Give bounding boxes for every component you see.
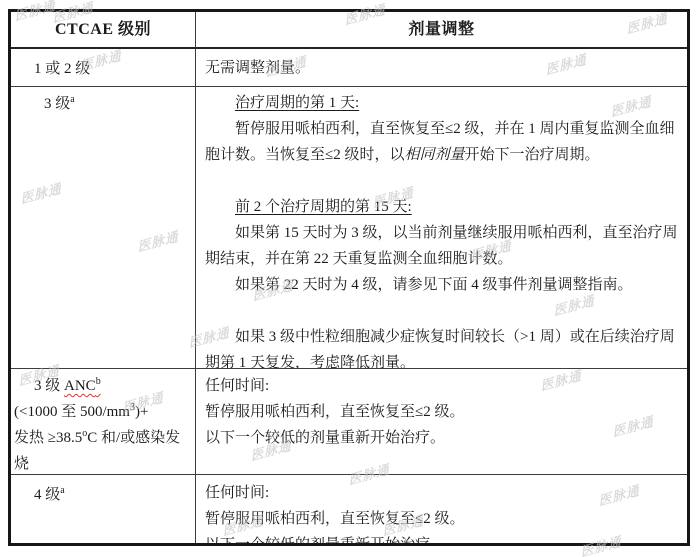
grade-3-anc-line2: (<1000 至 500/mm3)+ [14, 399, 191, 425]
dose-1-2-cell: 无需调整剂量。 [196, 49, 687, 87]
grade-4-label: 4 级a [14, 482, 65, 508]
footnote-b-marker: b [96, 376, 101, 387]
grade-1-2-label: 1 或 2 级 [14, 56, 90, 82]
dose-4-cell: 任何时间: 暂停服用哌柏西利，直至恢复至≤2 级。 以下一个较低的剂量重新开始治… [196, 475, 687, 543]
footnote-a-marker: a [70, 94, 74, 105]
prolonged-recovery-paragraph: 如果 3 级中性粒细胞减少症恢复时间较长（>1 周）或在后续治疗周期第 1 天复… [205, 324, 681, 369]
same-dose-italic: 相同剂量 [404, 147, 464, 163]
day15-paragraph-1: 如果第 15 天时为 3 级，以当前剂量继续服用哌柏西利，直至治疗周期结束，并在… [205, 220, 681, 272]
day15-paragraph-2: 如果第 22 天时为 4 级，请参见下面 4 级事件剂量调整指南。 [205, 272, 681, 298]
grade-3-cell: 3 级a [11, 87, 196, 369]
dose-3-cell: 治疗周期的第 1 天: 暂停服用哌柏西利，直至恢复至≤2 级，并在 1 周内重复… [196, 87, 687, 369]
anc-misspell-underline: ANCb [64, 378, 101, 394]
grade-3-anc-cell: 3 级 ANCb (<1000 至 500/mm3)+ 发热 ≥38.5oC 和… [11, 369, 196, 475]
grade-3-anc-line1: 3 级 ANCb [14, 373, 101, 399]
header-dose-adjustment-label: 剂量调整 [408, 17, 474, 43]
withhold-line: 暂停服用哌柏西利，直至恢复至≤2 级。 [205, 399, 681, 425]
anytime-heading: 任何时间: [205, 480, 681, 506]
spacer [205, 168, 681, 194]
spacer [205, 298, 681, 324]
day1-paragraph: 暂停服用哌柏西利，直至恢复至≤2 级，并在 1 周内重复监测全血细胞计数。当恢复… [205, 116, 681, 168]
dose-1-2-text: 无需调整剂量。 [205, 55, 310, 81]
day15-heading: 前 2 个治疗周期的第 15 天: [205, 194, 681, 220]
header-ctcae-grade: CTCAE 级别 [11, 12, 196, 49]
header-dose-adjustment: 剂量调整 [196, 12, 687, 49]
anytime-heading: 任何时间: [205, 373, 681, 399]
withhold-line: 暂停服用哌柏西利，直至恢复至≤2 级。 [205, 506, 681, 532]
footnote-a-marker: a [60, 485, 64, 496]
grade-1-2-cell: 1 或 2 级 [11, 49, 196, 87]
resume-lower-dose-line: 以下一个较低的剂量重新开始治疗。 [205, 532, 681, 543]
day1-heading: 治疗周期的第 1 天: [205, 90, 681, 116]
dose-3-anc-cell: 任何时间: 暂停服用哌柏西利，直至恢复至≤2 级。 以下一个较低的剂量重新开始治… [196, 369, 687, 475]
grade-4-cell: 4 级a [11, 475, 196, 543]
dose-adjustment-table: CTCAE 级别 剂量调整 1 或 2 级 无需调整剂量。 3 级a 治疗周期的… [8, 9, 690, 546]
grade-3-label: 3 级a [14, 91, 75, 117]
grade-3-anc-line3: 发热 ≥38.5oC 和/或感染发烧 [14, 425, 191, 475]
header-ctcae-grade-label: CTCAE 级别 [55, 17, 151, 43]
resume-lower-dose-line: 以下一个较低的剂量重新开始治疗。 [205, 425, 681, 451]
